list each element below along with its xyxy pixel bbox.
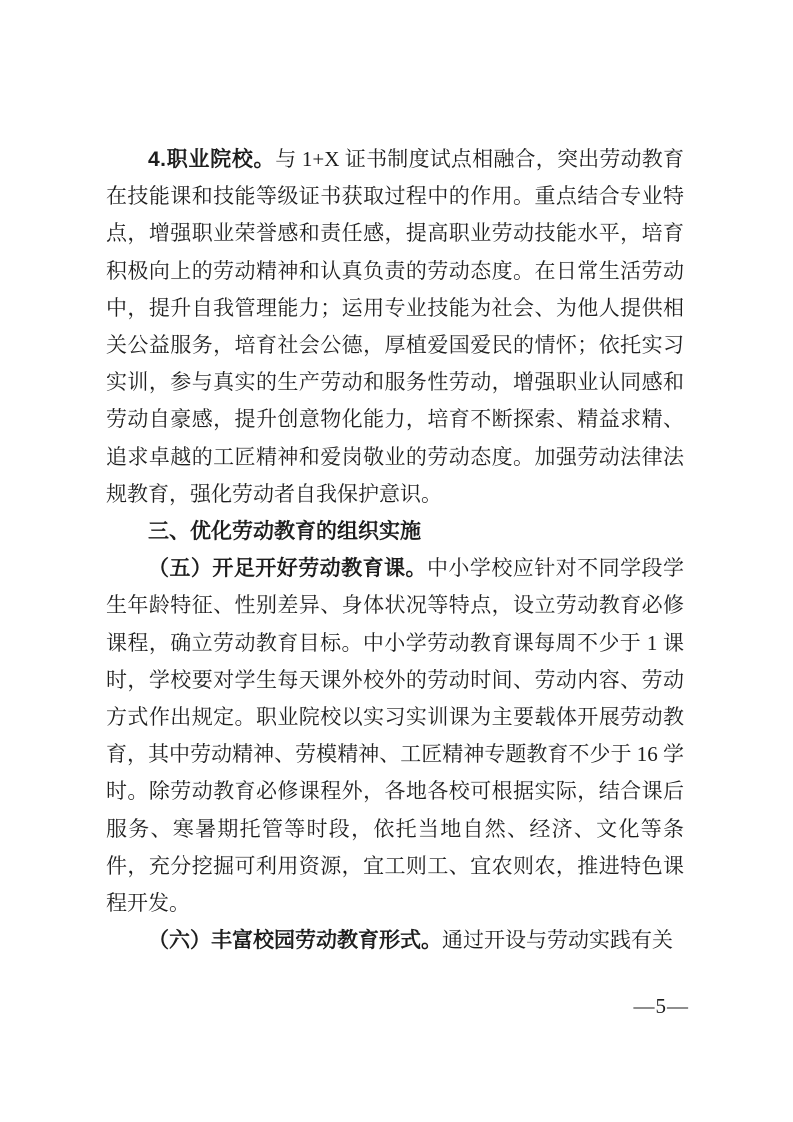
document-text-block: 4.职业院校。与 1+X 证书制度试点相融合，突出劳动教育在技能课和技能等级证书… — [106, 141, 684, 959]
paragraph-item-6: （六）丰富校园劳动教育形式。通过开设与劳动实践有关 — [106, 922, 684, 959]
document-page: 4.职业院校。与 1+X 证书制度试点相融合，突出劳动教育在技能课和技能等级证书… — [0, 0, 793, 1122]
paragraph-lead-item-6: （六）丰富校园劳动教育形式。 — [148, 928, 442, 952]
paragraph-lead-vocational-colleges: 4.职业院校。 — [148, 148, 275, 171]
paragraph-body-vocational-colleges: 与 1+X 证书制度试点相融合，突出劳动教育在技能课和技能等级证书获取过程中的作… — [106, 147, 684, 506]
paragraph-body-item-6: 通过开设与劳动实践有关 — [442, 928, 673, 952]
paragraph-item-5: （五）开足开好劳动教育课。中小学校应针对不同学段学生年龄特征、性别差异、身体状况… — [106, 550, 684, 922]
paragraph-body-item-5: 中小学校应针对不同学段学生年龄特征、性别差异、身体状况等特点，设立劳动教育必修课… — [106, 556, 684, 915]
page-number: —5— — [634, 993, 690, 1019]
paragraph-vocational-colleges: 4.职业院校。与 1+X 证书制度试点相融合，突出劳动教育在技能课和技能等级证书… — [106, 141, 684, 513]
paragraph-lead-item-5: （五）开足开好劳动教育课。 — [148, 556, 427, 580]
section-heading-organization: 三、优化劳动教育的组织实施 — [106, 513, 684, 550]
